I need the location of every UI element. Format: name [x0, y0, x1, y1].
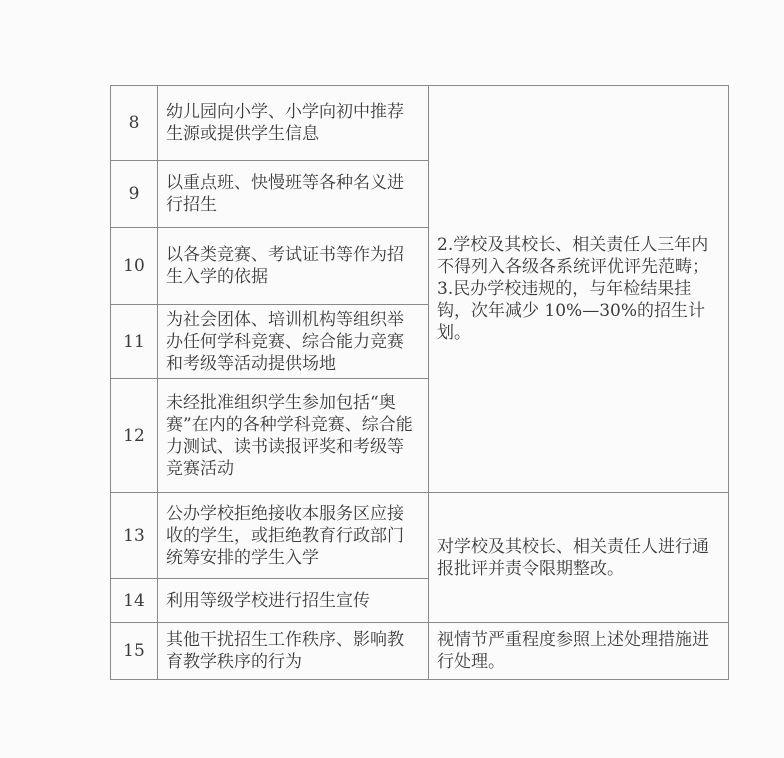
table-row: 8 幼儿园向小学、小学向初中推荐生源或提供学生信息 2.学校及其校长、相关责任人… [111, 86, 729, 161]
penalty-item: 视情节严重程度参照上述处理措施进行处理。 [437, 629, 720, 673]
penalty-item: 对学校及其校长、相关责任人进行通报批评并责令限期整改。 [437, 536, 720, 580]
row-number: 15 [111, 623, 158, 680]
row-number: 10 [111, 228, 158, 305]
violation-description: 以重点班、快慢班等各种名义进行招生 [158, 161, 429, 228]
row-number: 11 [111, 305, 158, 379]
penalty-cell: 视情节严重程度参照上述处理措施进行处理。 [429, 623, 729, 680]
table-row: 13 公办学校拒绝接收本服务区应接收的学生，或拒绝教育行政部门统筹安排的学生入学… [111, 493, 729, 579]
penalty-cell: 2.学校及其校长、相关责任人三年内不得列入各级各系统评优评先范畴； 3.民办学校… [429, 86, 729, 493]
row-number: 13 [111, 493, 158, 579]
violation-description: 以各类竞赛、考试证书等作为招生入学的依据 [158, 228, 429, 305]
row-number: 9 [111, 161, 158, 228]
violation-description: 为社会团体、培训机构等组织举办任何学科竞赛、综合能力竞赛和考级等活动提供场地 [158, 305, 429, 379]
penalty-cell: 对学校及其校长、相关责任人进行通报批评并责令限期整改。 [429, 493, 729, 623]
violations-table: 8 幼儿园向小学、小学向初中推荐生源或提供学生信息 2.学校及其校长、相关责任人… [110, 85, 729, 680]
row-number: 14 [111, 579, 158, 623]
penalty-item: 2.学校及其校长、相关责任人三年内不得列入各级各系统评优评先范畴； [437, 234, 720, 278]
row-number: 12 [111, 379, 158, 493]
violation-description: 利用等级学校进行招生宣传 [158, 579, 429, 623]
row-number: 8 [111, 86, 158, 161]
penalty-item: 3.民办学校违规的，与年检结果挂钩，次年减少 10%—30%的招生计划。 [437, 278, 720, 344]
table-row: 15 其他干扰招生工作秩序、影响教育教学秩序的行为 视情节严重程度参照上述处理措… [111, 623, 729, 680]
violation-description: 公办学校拒绝接收本服务区应接收的学生，或拒绝教育行政部门统筹安排的学生入学 [158, 493, 429, 579]
violation-description: 其他干扰招生工作秩序、影响教育教学秩序的行为 [158, 623, 429, 680]
violation-description: 幼儿园向小学、小学向初中推荐生源或提供学生信息 [158, 86, 429, 161]
violation-description: 未经批准组织学生参加包括“奥赛”在内的各种学科竞赛、综合能力测试、读书读报评奖和… [158, 379, 429, 493]
